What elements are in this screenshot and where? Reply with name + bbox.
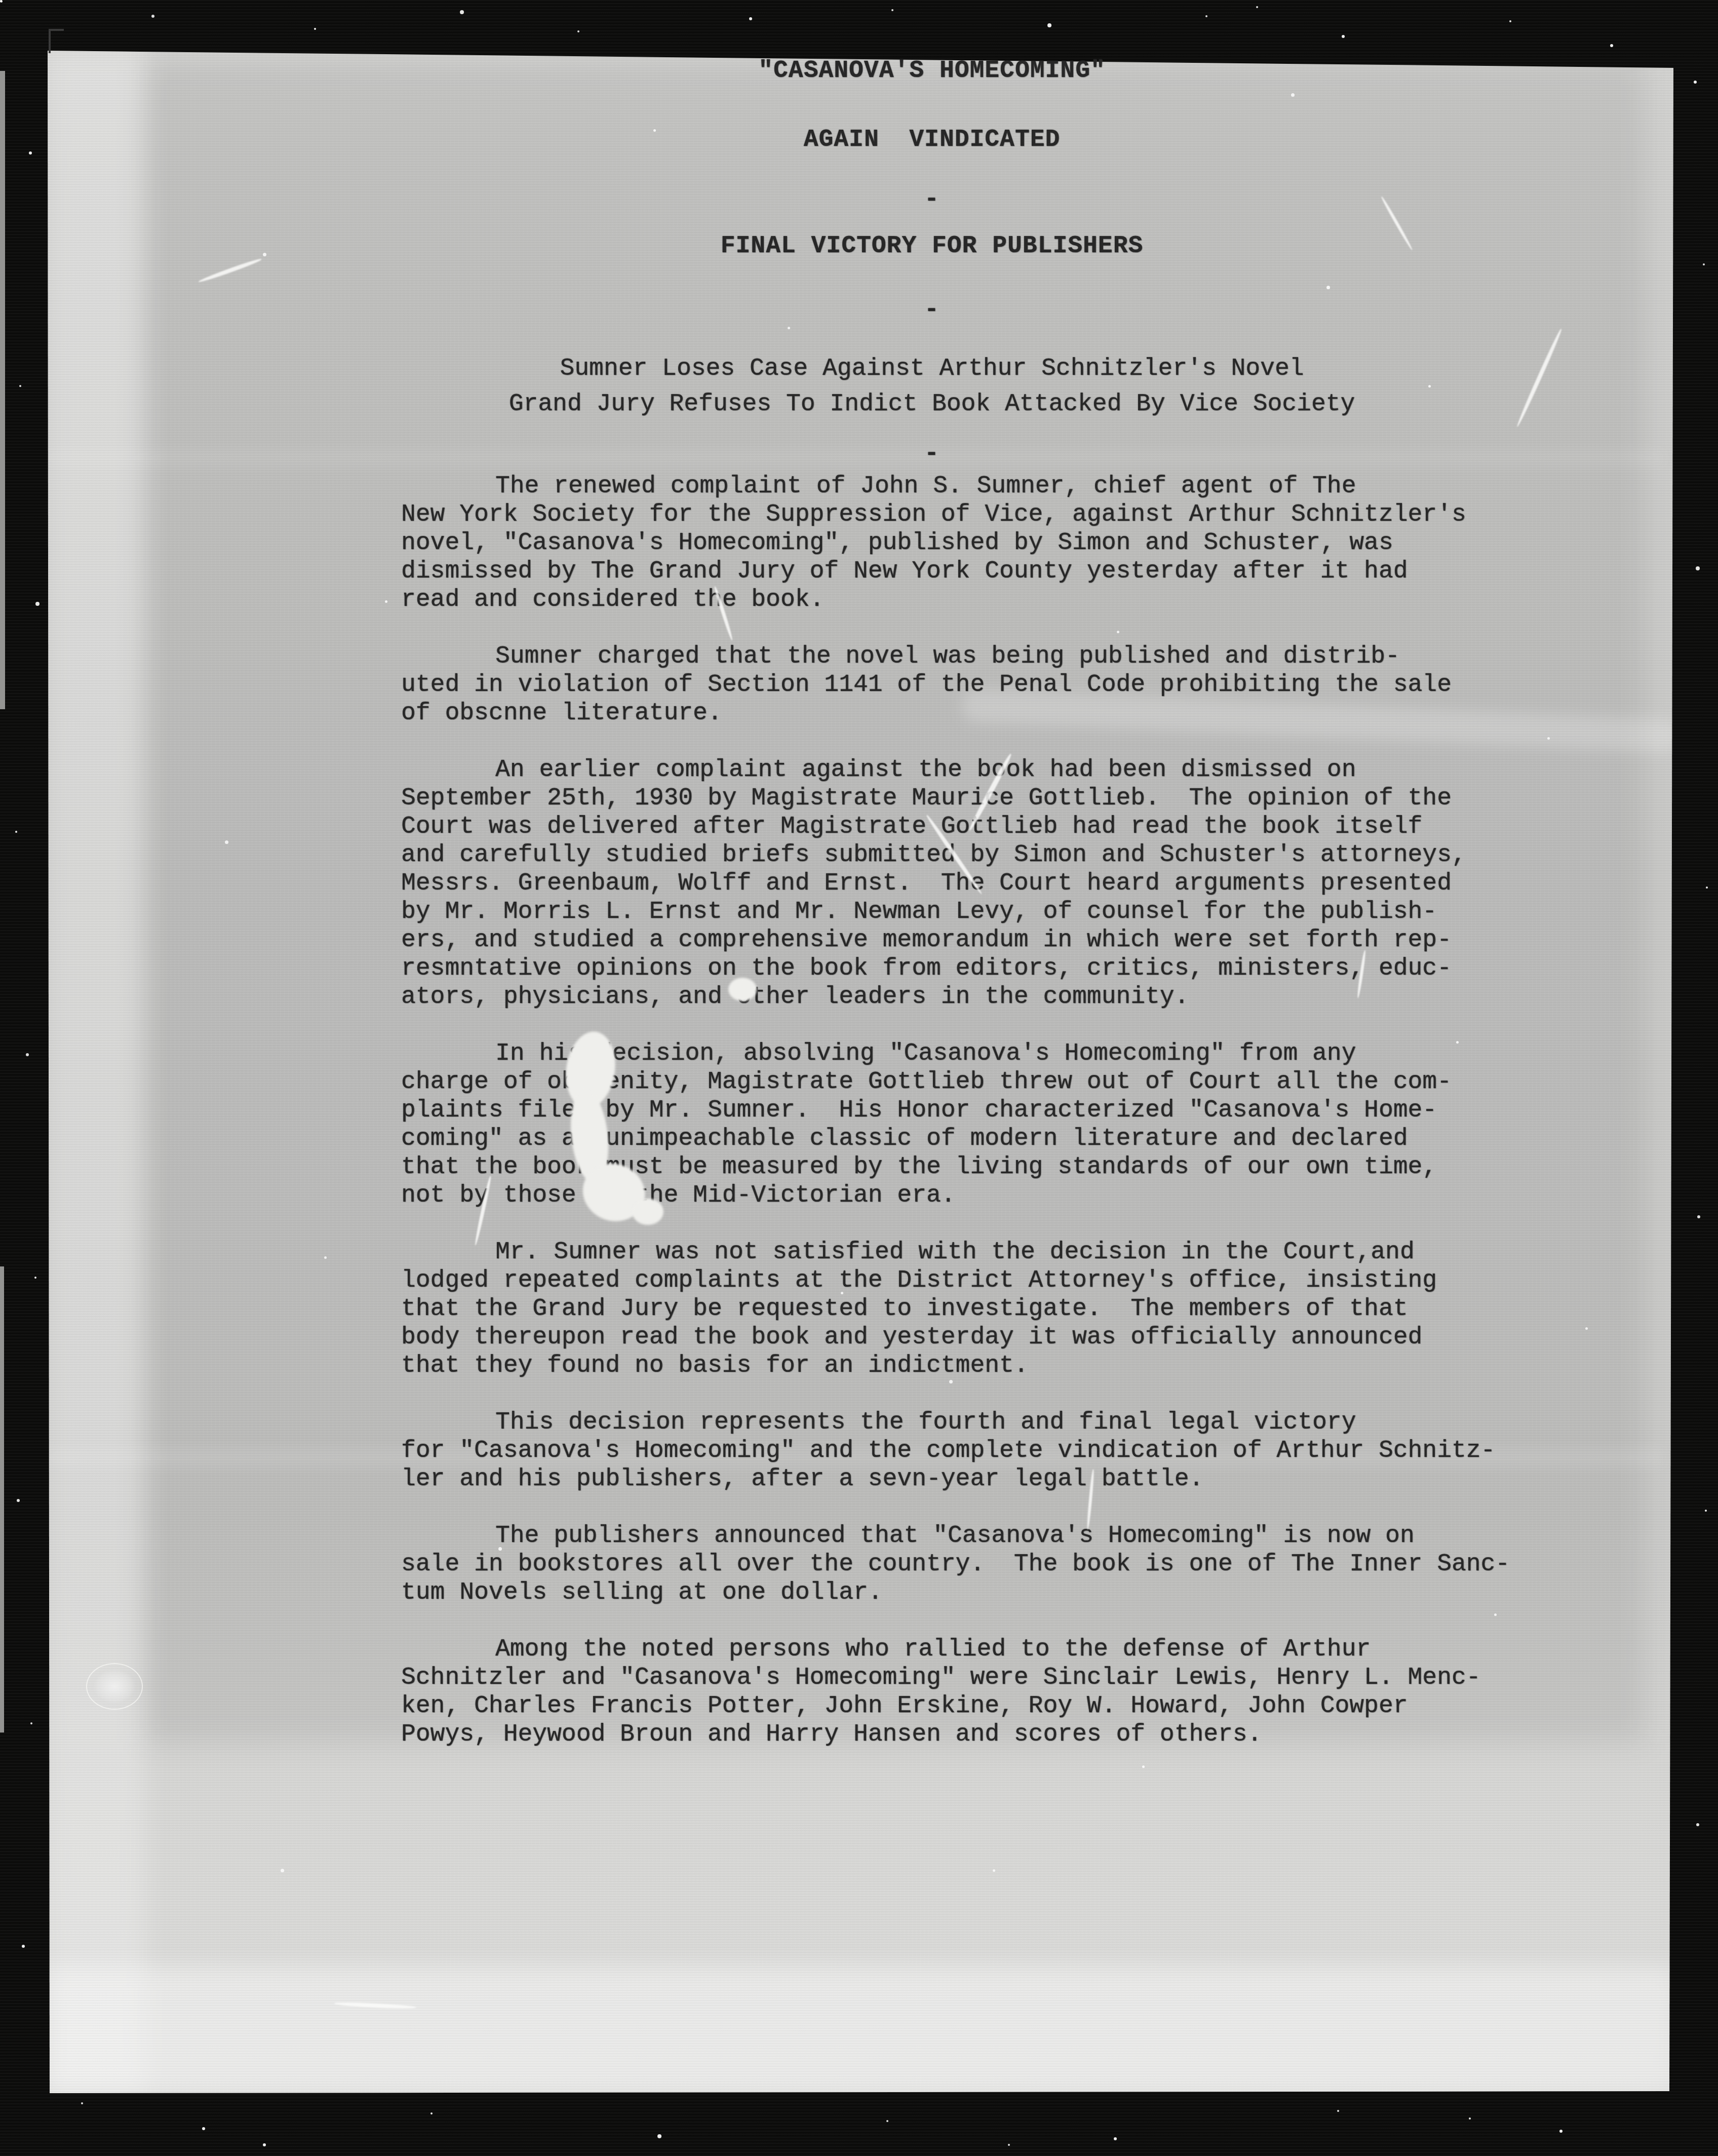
- text-line: plaints filed by Mr. Sumner. His Honor c…: [401, 1096, 1510, 1125]
- page-title: "CASANOVA'S HOMECOMING": [324, 57, 1540, 85]
- paper-bottom-light: [45, 1966, 1678, 2095]
- text-line: September 25th, 1930 by Magistrate Mauri…: [401, 784, 1510, 813]
- separator-dash: -: [324, 185, 1540, 214]
- page-subtitle: AGAIN VINDICATED: [324, 126, 1540, 154]
- corner-crop-mark: [49, 29, 64, 53]
- paragraph: This decision represents the fourth and …: [401, 1408, 1510, 1493]
- text-line: Powys, Heywood Broun and Harry Hansen an…: [401, 1720, 1510, 1749]
- paragraph: Mr. Sumner was not satisfied with the de…: [401, 1238, 1510, 1380]
- text-line: Mr. Sumner was not satisfied with the de…: [401, 1238, 1510, 1266]
- paragraph: Sumner charged that the novel was being …: [401, 642, 1510, 727]
- text-line: that they found no basis for an indictme…: [401, 1352, 1510, 1380]
- scanned-page: "CASANOVA'S HOMECOMING" AGAIN VINDICATED…: [0, 0, 1718, 2156]
- text-line: New York Society for the Suppression of …: [401, 500, 1510, 529]
- paragraph: The renewed complaint of John S. Sumner,…: [401, 472, 1510, 614]
- text-line: lodged repeated complaints at the Distri…: [401, 1266, 1510, 1295]
- text-line: sale in bookstores all over the country.…: [401, 1550, 1510, 1578]
- text-line: body thereupon read the book and yesterd…: [401, 1323, 1510, 1352]
- text-line: ler and his publishers, after a sevn-yea…: [401, 1465, 1510, 1493]
- deck-line: Grand Jury Refuses To Indict Book Attack…: [324, 390, 1540, 418]
- page-heading: FINAL VICTORY FOR PUBLISHERS: [324, 232, 1540, 260]
- text-line: coming" as an unimpeachable classic of m…: [401, 1125, 1510, 1153]
- text-line: read and considered the book.: [401, 586, 1510, 614]
- text-line: for "Casanova's Homecoming" and the comp…: [401, 1437, 1510, 1465]
- text-line: not by those of the Mid-Victorian era.: [401, 1181, 1510, 1210]
- paragraph: The publishers announced that "Casanova'…: [401, 1522, 1510, 1607]
- text-line: novel, "Casanova's Homecoming", publishe…: [401, 529, 1510, 557]
- text-line: resmntative opinions on the book from ed…: [401, 954, 1510, 983]
- text-line: Schnitzler and "Casanova's Homecoming" w…: [401, 1664, 1510, 1692]
- document-body: The renewed complaint of John S. Sumner,…: [401, 472, 1510, 1777]
- text-line: of obscnne literature.: [401, 699, 1510, 727]
- text-line: dismissed by The Grand Jury of New York …: [401, 557, 1510, 586]
- deck-line: Sumner Loses Case Against Arthur Schnitz…: [324, 355, 1540, 383]
- white-blotch: [632, 1199, 663, 1225]
- white-blotch: [728, 978, 757, 1001]
- text-line: An earlier complaint against the book ha…: [401, 756, 1510, 784]
- paper-dust: [0, 0, 3, 3]
- text-line: ators, physicians, and other leaders in …: [401, 983, 1510, 1011]
- embossed-seal: [86, 1663, 143, 1710]
- text-line: The renewed complaint of John S. Sumner,…: [401, 472, 1510, 500]
- text-line: The publishers announced that "Casanova'…: [401, 1522, 1510, 1550]
- text-line: uted in violation of Section 1141 of the…: [401, 671, 1510, 699]
- text-line: tum Novels selling at one dollar.: [401, 1578, 1510, 1607]
- text-line: by Mr. Morris L. Ernst and Mr. Newman Le…: [401, 898, 1510, 926]
- text-line: Court was delivered after Magistrate Got…: [401, 813, 1510, 841]
- text-line: Messrs. Greenbaum, Wolff and Ernst. The …: [401, 869, 1510, 898]
- separator-dash: -: [324, 296, 1540, 324]
- text-line: Sumner charged that the novel was being …: [401, 642, 1510, 671]
- text-line: that the Grand Jury be requested to inve…: [401, 1295, 1510, 1323]
- text-line: This decision represents the fourth and …: [401, 1408, 1510, 1437]
- text-line: that the book must be measured by the li…: [401, 1153, 1510, 1181]
- text-line: ers, and studied a comprehensive memoran…: [401, 926, 1510, 954]
- film-edge-sliver: [0, 1266, 4, 1732]
- paragraph: An earlier complaint against the book ha…: [401, 756, 1510, 1011]
- paragraph: Among the noted persons who rallied to t…: [401, 1635, 1510, 1749]
- paper-left-margin-light: [45, 46, 146, 2095]
- text-line: Among the noted persons who rallied to t…: [401, 1635, 1510, 1664]
- separator-dash: -: [324, 440, 1540, 468]
- text-line: ken, Charles Francis Potter, John Erskin…: [401, 1692, 1510, 1720]
- film-edge-sliver: [0, 71, 5, 709]
